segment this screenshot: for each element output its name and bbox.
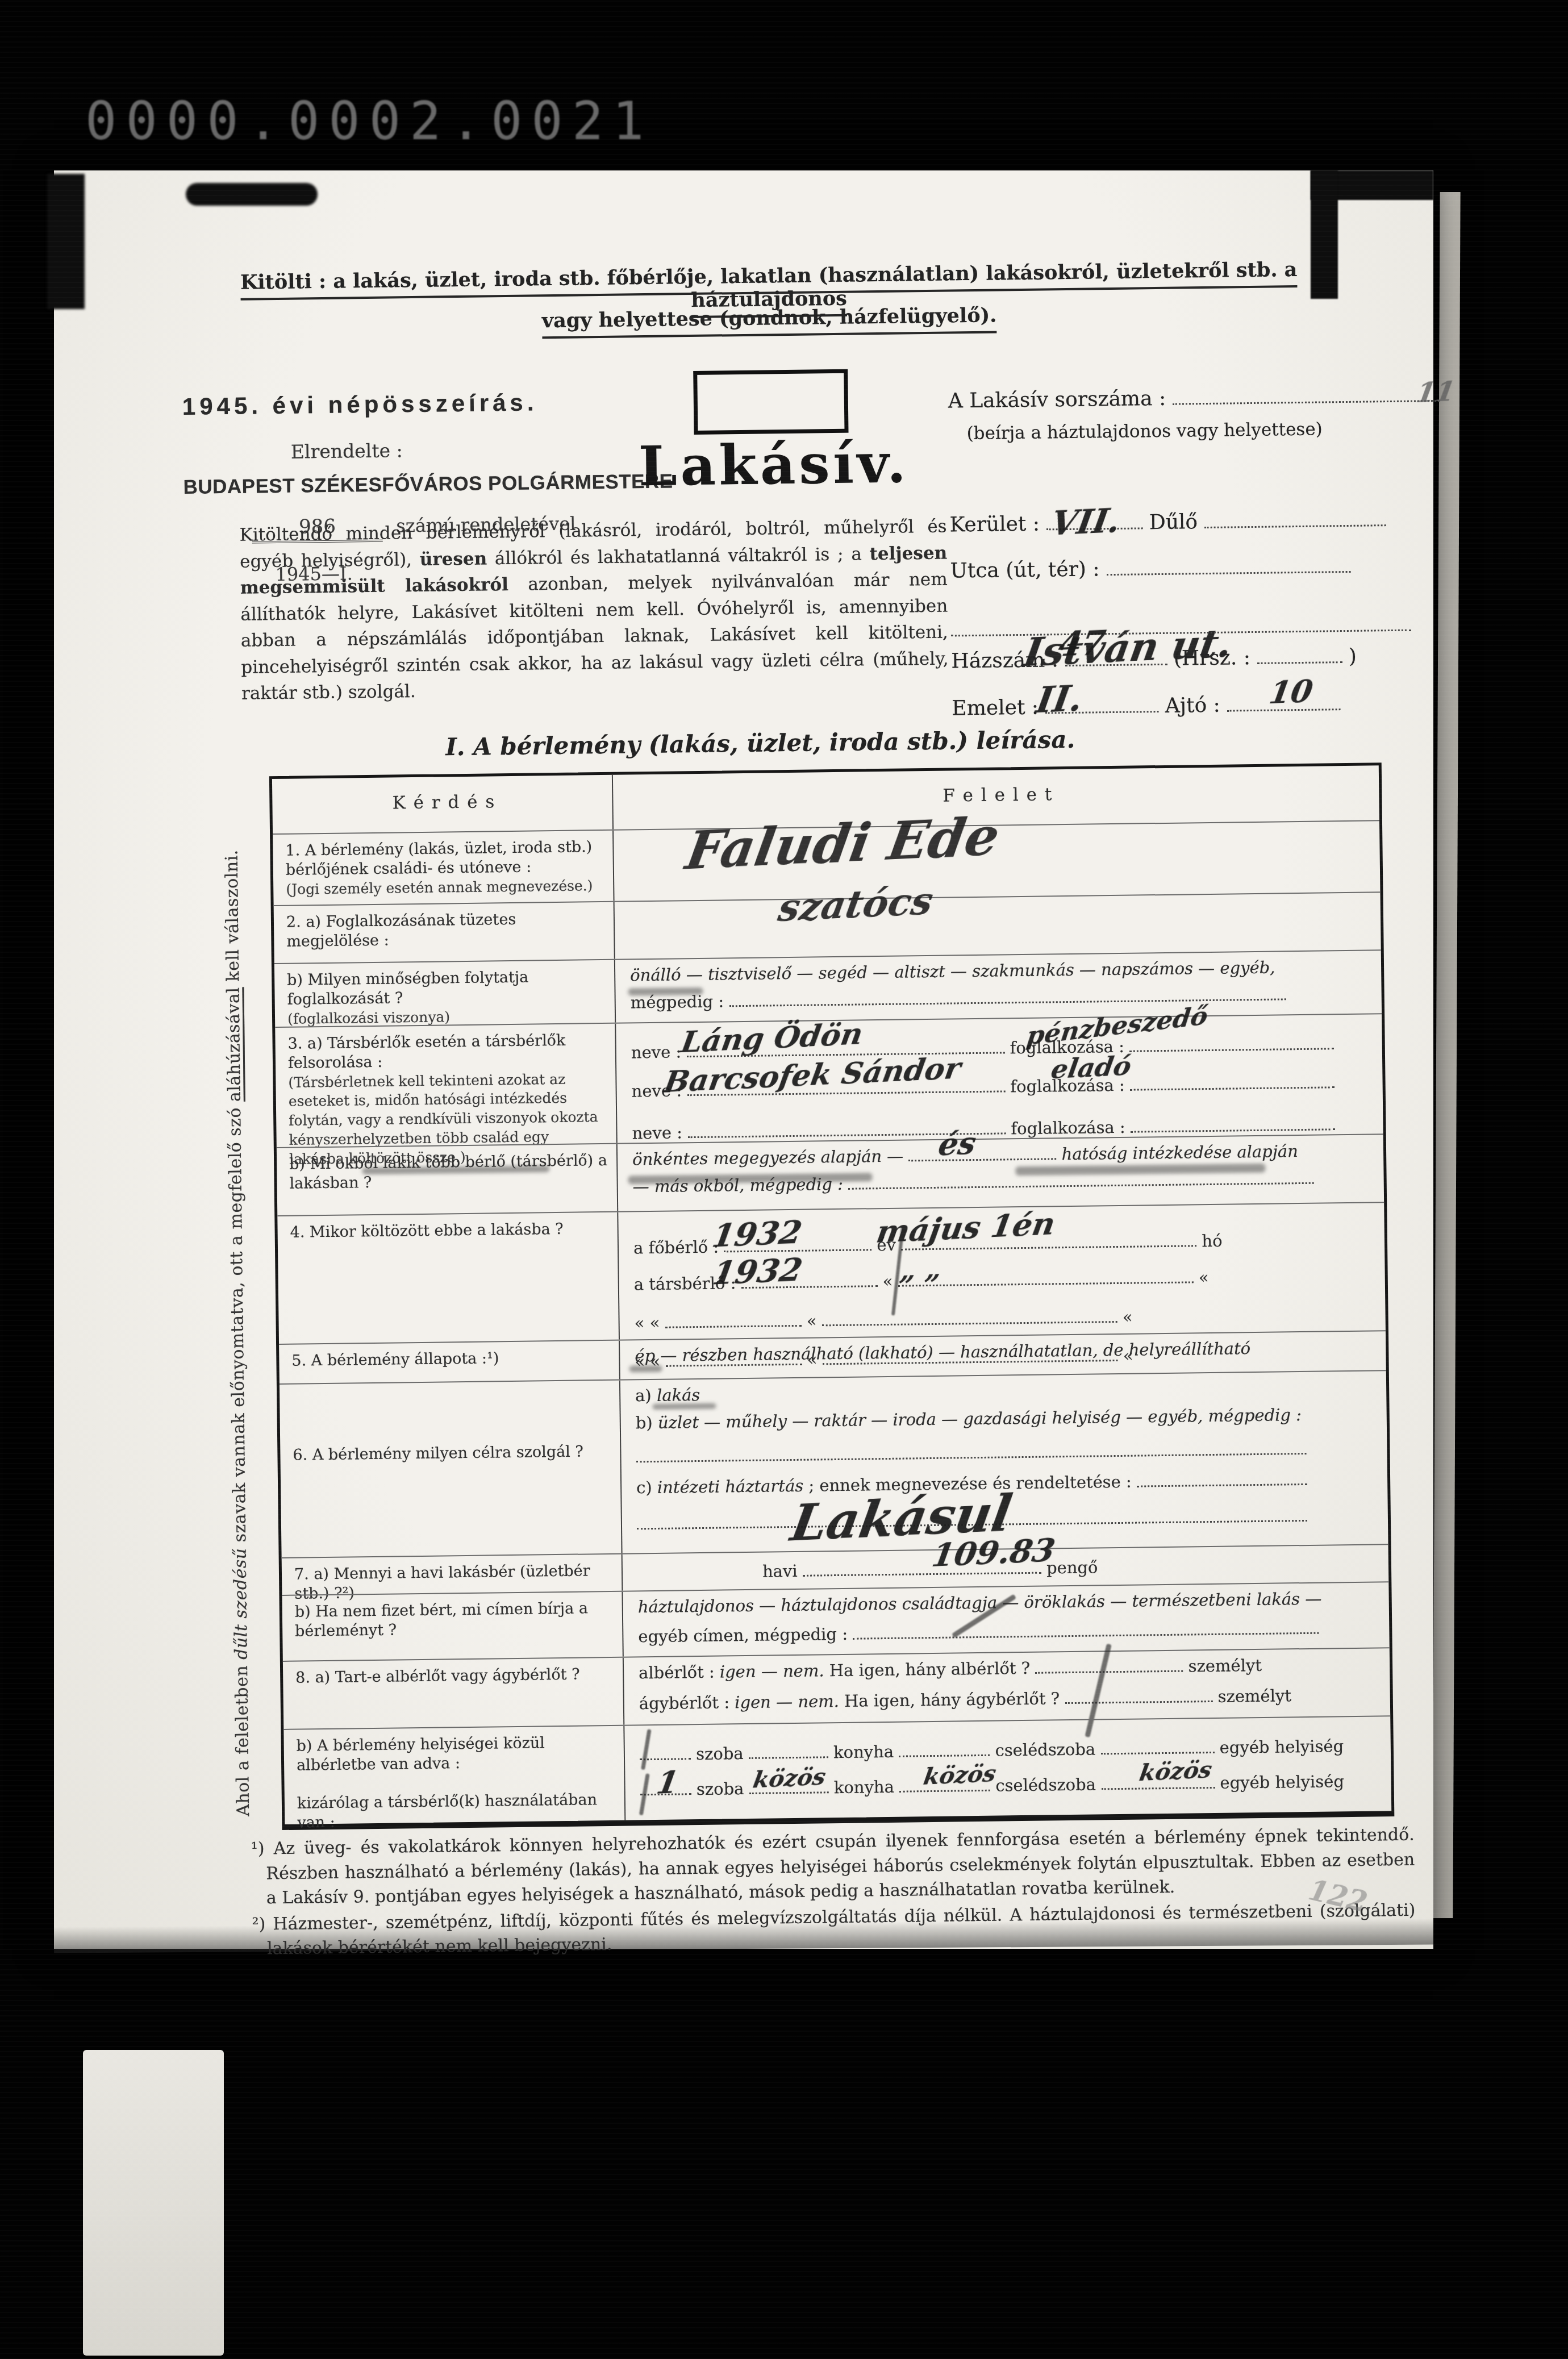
move-in-cotenant: a társbérlő : « « 1932 „ „ [634, 1265, 1374, 1294]
purpose-b-label: b) [636, 1413, 653, 1432]
serial-note: (beírja a háztulajdonos vagy helyettese) [966, 419, 1323, 444]
kozos-handwriting-2: közös [921, 1760, 998, 1790]
serial-handwritten-value: 11 [1414, 376, 1457, 409]
kozos-handwriting-3: közös [1137, 1756, 1214, 1786]
sidebar-part1: Ahol a feleletben [232, 1660, 253, 1816]
cotenant-2-occupation-handwriting: eladó [1049, 1050, 1133, 1085]
question-table: K é r d é s F e l e l e t 1. A bérlemény… [269, 762, 1395, 1830]
utca-field [1106, 555, 1350, 576]
konyha-label-1: konyha [833, 1742, 894, 1762]
agyberlo-question: Ha igen, hány ágybérlőt ? [844, 1689, 1060, 1711]
address-kerulet-row: Kerület : VII. Dűlő [949, 507, 1421, 536]
quote-mark-1: « [883, 1272, 893, 1291]
address-emelet-row: Emelet : II. Ajtó : 10 [952, 691, 1423, 720]
hazszam-handwritten-value: 47 [1056, 623, 1108, 664]
egyeb-count-field-1 [1100, 1739, 1214, 1754]
form-title: Lakásív. [612, 431, 936, 499]
footnotes: ¹) Az üveg- és vakolatkárok könnyen hely… [251, 1823, 1416, 1963]
answer-1: Faludi Ede [614, 821, 1380, 901]
sidebar-italic: dűlt szedésű [230, 1548, 251, 1660]
question-8b-line2: kizárólag a társbérlő(k) használatában v… [297, 1791, 597, 1832]
move-in-extra-row-1: « « « « [634, 1304, 1374, 1332]
intro-paragraph: Kitöltendő minden bérleményről (lakásról… [239, 514, 949, 707]
condition-options: ép — részben használható (lakható) — has… [635, 1339, 1250, 1365]
table-row-4-move-in-date: 4. Mikor költözött ebbe a lakásba ? a fő… [277, 1202, 1386, 1344]
table-row-8a-subtenants: 8. a) Tart-e albérlőt vagy ágybérlőt ? a… [283, 1647, 1390, 1729]
purpose-a-word: lakás [657, 1385, 700, 1405]
serial-number-row: A Lakásív sorszáma : 11 [948, 384, 1440, 413]
purpose-c-word: intézeti háztartás [657, 1476, 804, 1497]
sidebar-underlined: aláhúzásával [223, 987, 244, 1102]
occupation-handwriting: szatócs [775, 878, 936, 930]
emelet-handwritten-value: II. [1033, 677, 1086, 721]
question-5: 5. A bérlemény állapota :¹) [279, 1341, 620, 1383]
pengo-label: pengő [1046, 1557, 1098, 1577]
reason-middle-field [908, 1146, 1056, 1162]
utca-label: Utca (út, tér) : [950, 557, 1100, 582]
scanned-form-page: Kitölti : a lakás, üzlet, iroda stb. főb… [54, 170, 1433, 1949]
microfilm-scan: { "film": { "frame_number": "0000.0002.0… [0, 0, 1568, 2359]
sublet-room-row-2: szoba konyha cselédszoba egyéb helyiség … [640, 1771, 1379, 1799]
census-title: 1945. évi népösszeírás. [182, 389, 538, 420]
table-row-8b-sublet-rooms: b) A bérlemény helyiségei közül albérlet… [283, 1715, 1391, 1824]
answer-7b: háztulajdonos — háztulajdonos családtagj… [623, 1582, 1389, 1656]
question-2b: b) Milyen minőségben folytatja foglalkoz… [274, 960, 616, 1027]
neve-label-1: neve : [631, 1042, 682, 1062]
foglalkozasa-label-3: foglalkozása : [1011, 1118, 1125, 1138]
intro-bold1: üresen [420, 548, 487, 569]
egyeb-label-2: egyéb helyiség [1220, 1772, 1344, 1793]
cotenant-row-1: neve : foglalkozása : Láng Ödön pénzbesz… [631, 1034, 1371, 1062]
section-title: I. A bérlemény (lakás, üzlet, iroda stb.… [436, 726, 1085, 761]
answer-2b: önálló — tisztviselő — segéd — altiszt —… [615, 951, 1382, 1022]
authority-name: BUDAPEST SZÉKESFŐVÁROS POLGÁRMESTERE [183, 470, 673, 499]
ho-label: hó [1202, 1231, 1223, 1251]
room-count-handwriting: 1 [654, 1764, 681, 1801]
szemelyt-label-2: személyt [1217, 1686, 1291, 1706]
question-1-note: (Jogi személy esetén annak megnevezése.) [286, 877, 593, 898]
address-hazszam-row: Házszám : 47 (Hrsz. : ) [951, 644, 1423, 673]
hazszam-label: Házszám : [951, 648, 1058, 673]
kozos-handwriting-1: közös [751, 1763, 828, 1793]
purpose-c-field [1137, 1471, 1307, 1487]
pencil-underline-onallo [628, 987, 703, 996]
question-2b-text: b) Milyen minőségben folytatja foglalkoz… [287, 969, 529, 1008]
kerulet-label: Kerület : [949, 512, 1040, 537]
kerulet-handwritten-value: VII. [1048, 501, 1123, 543]
page-content: Kitölti : a lakás, üzlet, iroda stb. főb… [43, 162, 1444, 1957]
dulo-field [1204, 509, 1386, 529]
hrsz-label: (Hrsz. : [1174, 646, 1251, 670]
foglalkozas-field-2 [1130, 1074, 1335, 1091]
hrsz-close: ) [1349, 645, 1357, 668]
question-4: 4. Mikor költözött ebbe a lakásba ? [277, 1212, 620, 1344]
tenure-other-label: egyéb címen, mégpedig : [638, 1624, 848, 1647]
emelet-label: Emelet : [952, 696, 1039, 720]
pencil-underline-lakas [652, 1403, 716, 1410]
quote-mark-4: « [649, 1313, 660, 1332]
quote-mark-3: « [634, 1313, 644, 1332]
extra-year-field-1 [665, 1312, 801, 1328]
ajto-label: Ajtó : [1165, 694, 1220, 718]
employment-options: önálló — tisztviselő — segéd — altiszt —… [630, 958, 1275, 985]
tarsberlo-month-field [898, 1269, 1194, 1287]
answer-6: a) lakás b) üzlet — műhely — raktár — ir… [620, 1371, 1388, 1553]
film-marker-block [83, 2050, 224, 2356]
intro-part2: állókról és lakhatatlanná váltakról is ;… [487, 544, 870, 569]
quote-mark-6: « [1123, 1307, 1133, 1327]
question-8b-line1: b) A bérlemény helyiségei közül albérlet… [297, 1734, 545, 1774]
question-3a: 3. a) Társbérlők esetén a társbérlők fel… [275, 1024, 618, 1147]
sidebar-part3: szavak vannak előnyomtatva, ott a megfel… [225, 1102, 251, 1548]
answer-8a: albérlőt : igen — nem. Ha igen, hány alb… [624, 1648, 1390, 1724]
question-8a: 8. a) Tart-e albérlőt vagy ágybérlőt ? [283, 1658, 624, 1729]
rent-handwriting: 109.83 [929, 1531, 1058, 1574]
question-8b: b) A bérlemény helyiségei közül albérlet… [283, 1726, 625, 1824]
alberlo-count-field [1035, 1658, 1183, 1674]
utca-field-line2 [951, 614, 1411, 636]
address-utca-row: Utca (út, tér) : István ut. [950, 553, 1421, 582]
foglalkozas-field-3 [1131, 1116, 1335, 1133]
konyha-count-field-1 [749, 1744, 828, 1759]
agyberlo-label: ágybérlőt : [639, 1693, 730, 1713]
havi-label: havi [762, 1561, 798, 1581]
neve-label-3: neve : [632, 1123, 682, 1143]
question-3a-text: 3. a) Társbérlők esetén a társbérlők fel… [287, 1032, 565, 1072]
reason-option-2: hatóság intézkedése alapján [1061, 1141, 1298, 1164]
question-2a: 2. a) Foglalkozásának tüzetes megjelölés… [274, 902, 615, 963]
answer-3b: önkéntes megegyezés alapján — hatóság in… [618, 1135, 1384, 1211]
serial-dotted-field: 11 [1172, 384, 1439, 405]
question-1-text: 1. A bérlemény (lakás, üzlet, iroda stb.… [285, 838, 592, 878]
reason-handwriting: és [936, 1124, 979, 1162]
purpose-b-options: üzlet — műhely — raktár — iroda — gazdas… [658, 1405, 1302, 1432]
address-block: Kerület : VII. Dűlő Utca (út, tér) : Ist… [949, 507, 1423, 720]
question-2b-note: (foglalkozási viszonya) [287, 1008, 450, 1027]
ajto-handwritten-value: 10 [1267, 672, 1316, 711]
alberlo-question: Ha igen, hány albérlőt ? [829, 1658, 1031, 1680]
cseledszoba-label-1: cselédszoba [995, 1740, 1095, 1760]
question-7b: b) Ha nem fizet bért, mi címen bírja a b… [282, 1592, 623, 1661]
reason-option-1: önkéntes megegyezés alapján — [632, 1147, 903, 1169]
purpose-a-label: a) [635, 1386, 652, 1405]
foglalkozas-field-1 [1129, 1036, 1334, 1052]
agyberlo-count-field [1065, 1688, 1212, 1704]
szoba-label-1: szoba [696, 1744, 744, 1764]
pencil-underline-ep [629, 1365, 662, 1373]
agyberlo-options: igen — nem. [735, 1691, 839, 1712]
table-row-3a-cotenants: 3. a) Társbérlők esetén a társbérlők fel… [275, 1013, 1383, 1147]
purpose-b-field [636, 1440, 1306, 1462]
question-6-text: 6. A bérlemény milyen célra szolgál ? [293, 1442, 583, 1465]
question-6: 6. A bérlemény milyen célra szolgál ? [280, 1381, 623, 1557]
answer-8b: szoba konyha cselédszoba egyéb helyiség … [624, 1716, 1391, 1820]
form-instruction-line2-text: vagy helyettese (gondnok, házfelügyelő). [542, 303, 997, 339]
foberlo-year-handwriting: 1932 [710, 1213, 805, 1254]
szoba-label-2: szoba [697, 1779, 744, 1799]
table-row-6-purpose: 6. A bérlemény milyen célra szolgál ? a)… [280, 1370, 1388, 1557]
sublet-room-row-1: szoba konyha cselédszoba egyéb helyiség [640, 1736, 1379, 1764]
cseledszoba-count-field-1 [899, 1742, 990, 1757]
question-1: 1. A bérlemény (lakás, üzlet, iroda stb.… [273, 831, 614, 905]
tarsberlo-year-handwriting: 1932 [710, 1251, 806, 1292]
sidebar-vertical-note: Ahol a feleletben dűlt szedésű szavak va… [221, 782, 260, 1816]
tenure-options: háztulajdonos — háztulajdonos családtagj… [638, 1589, 1322, 1617]
answer-4: a főbérlő : év hó 1932 május 1én a társb… [618, 1203, 1386, 1339]
extra-month-field-1 [822, 1308, 1117, 1326]
answer-3a: neve : foglalkozása : Láng Ödön pénzbesz… [616, 1014, 1383, 1143]
film-frame-number: 0000.0002.0021 [85, 91, 653, 152]
quote-mark-5: « [807, 1311, 817, 1330]
stamp-box-empty [693, 369, 848, 435]
answer-2a: szatócs [615, 893, 1381, 958]
column-header-question: K é r d é s [272, 775, 614, 833]
quote-mark-2: « [1199, 1268, 1209, 1287]
ordered-by-label: Elrendelte : [291, 439, 403, 462]
hrsz-field [1257, 645, 1342, 664]
sidebar-part5: kell válaszolni. [222, 849, 243, 987]
dulo-label: Dűlő [1149, 510, 1198, 534]
purpose-c-label: c) [636, 1478, 652, 1497]
alberlo-options: igen — nem. [720, 1661, 824, 1681]
table-row-3b-cotenancy-reason: b) Mi okból lakik több bérlő (társbérlő)… [277, 1133, 1384, 1215]
egyeb-label-1: egyéb helyiség [1219, 1736, 1344, 1757]
szemelyt-label-1: személyt [1188, 1656, 1262, 1676]
foberlo-label: a főbérlő : [633, 1237, 719, 1258]
serial-label: A Lakásív sorszáma : [948, 387, 1166, 413]
cseledszoba-label-2: cselédszoba [995, 1775, 1096, 1795]
tenure-other-field [853, 1620, 1319, 1640]
tarsberlo-month-handwriting: „ „ [898, 1253, 945, 1286]
konyha-label-2: konyha [834, 1777, 894, 1797]
cotenant-row-2: neve : foglalkozása : Barcsofek Sándor e… [631, 1073, 1371, 1101]
question-3b: b) Mi okból lakik több bérlő (társbérlő)… [277, 1144, 618, 1215]
alberlo-label: albérlőt : [639, 1662, 715, 1683]
footnote-1: ¹) Az üveg- és vakolatkárok könnyen hely… [251, 1823, 1415, 1911]
question-7a: 7. a) Mennyi a havi lakásbér (üzletbér s… [282, 1554, 623, 1595]
